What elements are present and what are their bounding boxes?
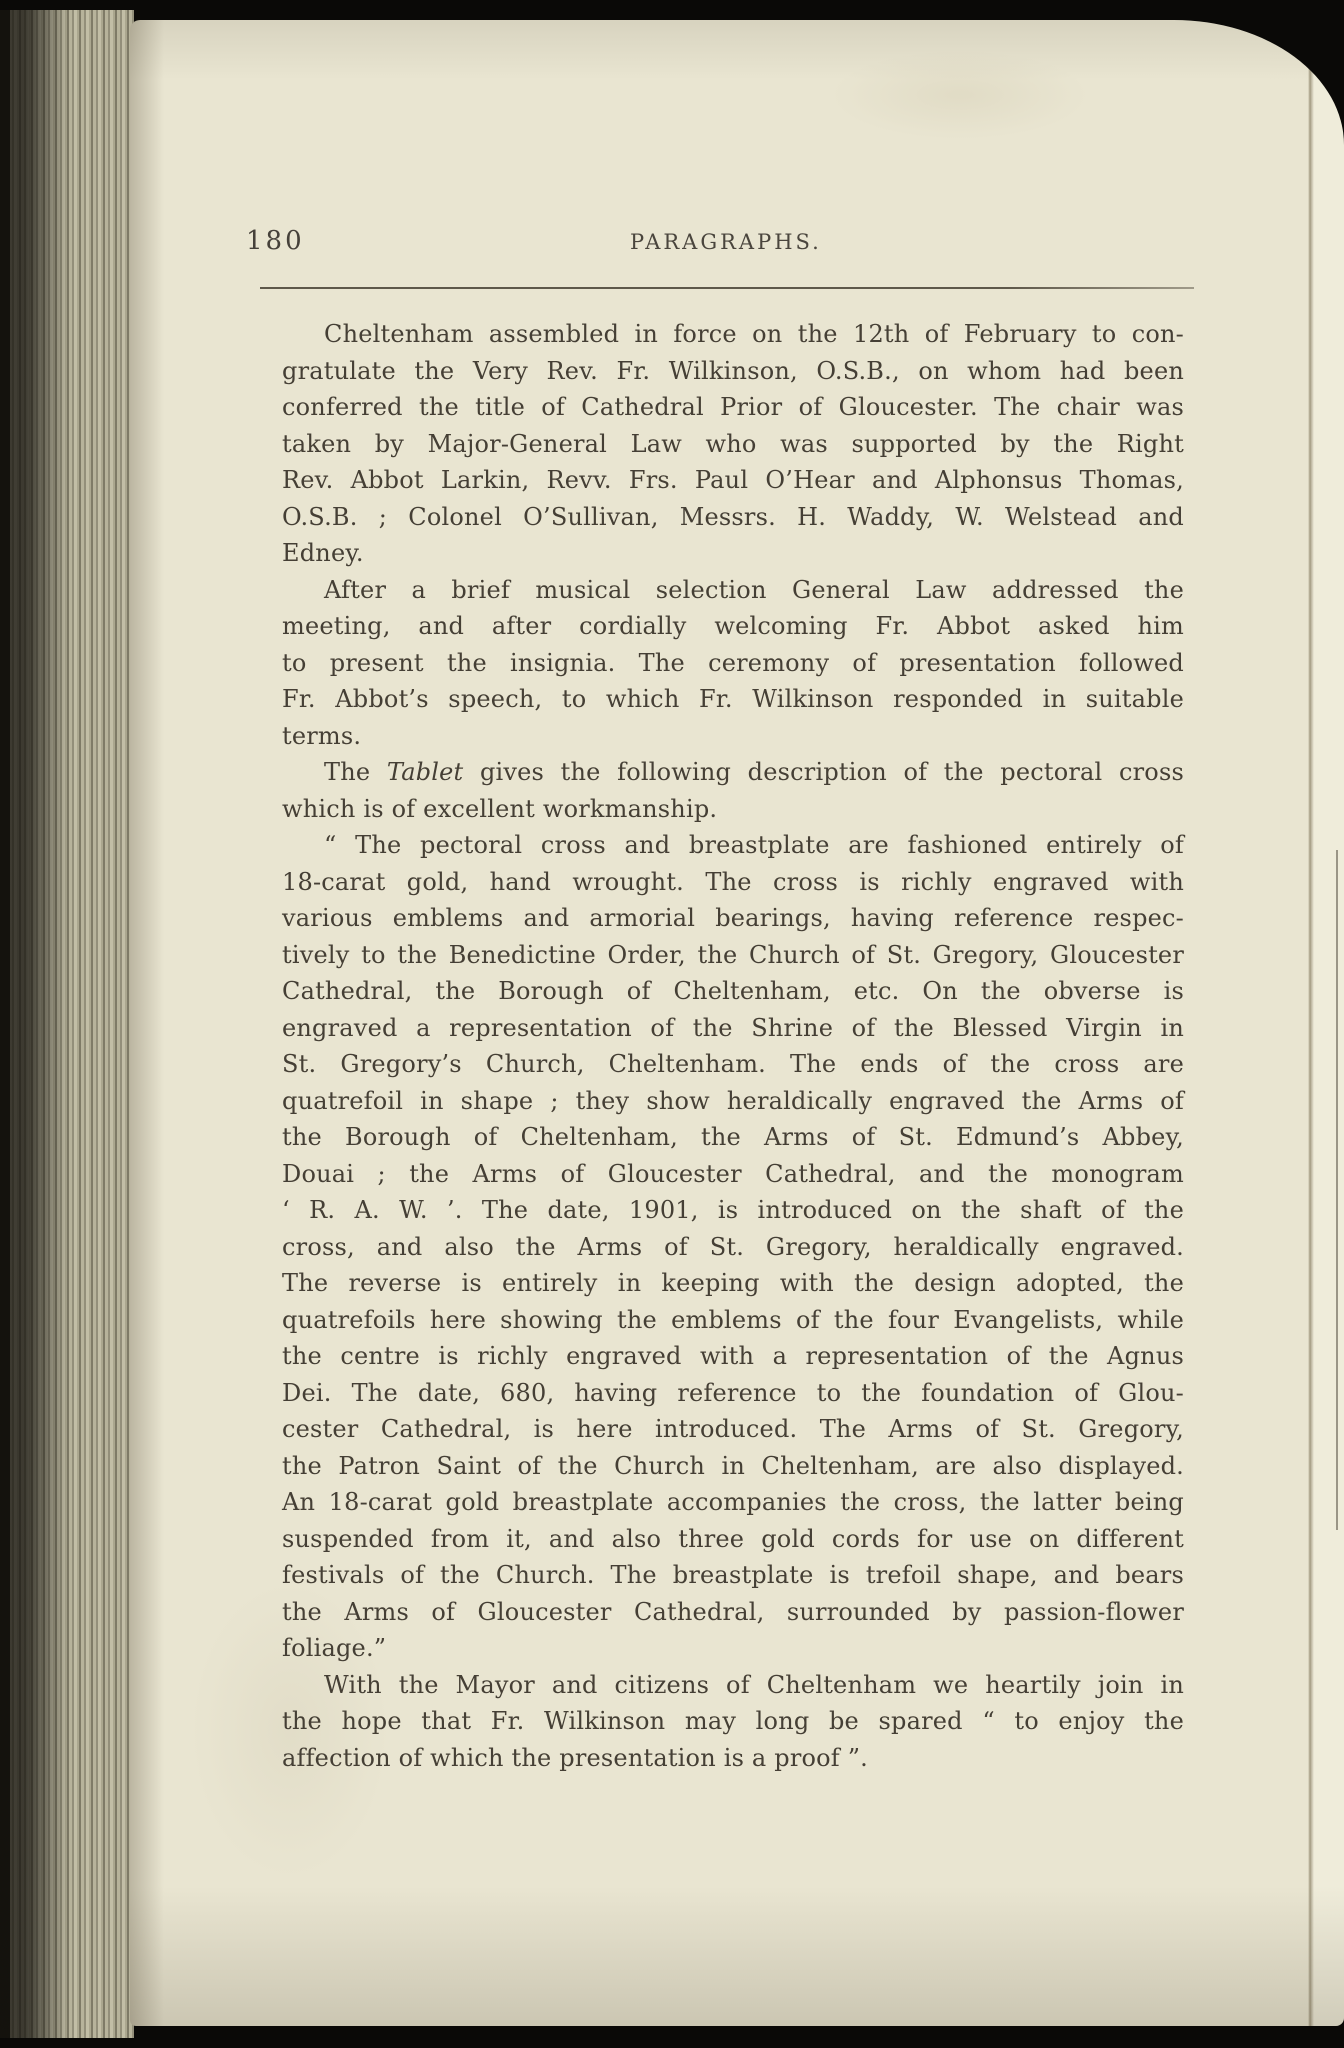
text-segment: Cheltenham assembled in force on the 12t…: [324, 320, 1184, 348]
text-body: Cheltenham assembled in force on the 12t…: [282, 316, 1184, 1776]
text-segment: terms.: [282, 722, 361, 750]
text-line: the centre is richly engraved with a rep…: [282, 1338, 1184, 1375]
page-number: 180: [246, 226, 305, 256]
running-title: PARAGRAPHS.: [630, 230, 822, 254]
text-line: Dei. The date, 680, having reference to …: [282, 1375, 1184, 1412]
text-segment: which is of excellent workmanship.: [282, 795, 717, 823]
text-segment: The: [324, 758, 387, 786]
text-segment: meeting, and after cordially welcoming F…: [282, 612, 1184, 640]
text-segment: quatrefoil in shape ; they show heraldic…: [282, 1087, 1184, 1115]
text-segment: An 18-carat gold breastplate accompanies…: [282, 1488, 1184, 1516]
text-line: the Arms of Gloucester Cathedral, surrou…: [282, 1594, 1184, 1631]
text-segment: the Arms of Gloucester Cathedral, surrou…: [282, 1598, 1184, 1626]
text-line: affection of which the presentation is a…: [282, 1740, 1184, 1777]
text-segment: festivals of the Church. The breastplate…: [282, 1561, 1184, 1589]
book-page: 180 PARAGRAPHS. Cheltenham assembled in …: [130, 20, 1344, 2026]
text-line: engraved a representation of the Shrine …: [282, 1010, 1184, 1047]
text-line: gratulate the Very Rev. Fr. Wilkinson, O…: [282, 353, 1184, 390]
text-line: tively to the Benedictine Order, the Chu…: [282, 937, 1184, 974]
text-segment: taken by Major-General Law who was suppo…: [282, 430, 1184, 458]
paragraph: Cheltenham assembled in force on the 12t…: [282, 316, 1184, 572]
text-line: After a brief musical selection General …: [282, 572, 1184, 609]
text-line: the hope that Fr. Wilkinson may long be …: [282, 1703, 1184, 1740]
text-line: 18-carat gold, hand wrought. The cross i…: [282, 864, 1184, 901]
text-segment: the hope that Fr. Wilkinson may long be …: [282, 1707, 1184, 1735]
text-line: Edney.: [282, 535, 1184, 572]
text-line: taken by Major-General Law who was suppo…: [282, 426, 1184, 463]
next-page-edge-line: [1336, 850, 1338, 1530]
text-line: ‘ R. A. W. ’. The date, 1901, is introdu…: [282, 1192, 1184, 1229]
text-line: An 18-carat gold breastplate accompanies…: [282, 1484, 1184, 1521]
text-segment: 18-carat gold, hand wrought. The cross i…: [282, 868, 1184, 896]
text-segment: The reverse is entirely in keeping with …: [282, 1269, 1184, 1297]
text-line: Douai ; the Arms of Gloucester Cathedral…: [282, 1156, 1184, 1193]
text-line: quatrefoils here showing the emblems of …: [282, 1302, 1184, 1339]
text-line: quatrefoil in shape ; they show heraldic…: [282, 1083, 1184, 1120]
text-segment: gives the following description of the p…: [463, 758, 1184, 786]
text-segment: St. Gregory’s Church, Cheltenham. The en…: [282, 1050, 1184, 1078]
text-line: Cathedral, the Borough of Cheltenham, et…: [282, 973, 1184, 1010]
text-segment: Fr. Abbot’s speech, to which Fr. Wilkins…: [282, 685, 1184, 713]
text-line: various emblems and armorial bearings, h…: [282, 900, 1184, 937]
text-segment: affection of which the presentation is a…: [282, 1744, 868, 1772]
text-segment: the Borough of Cheltenham, the Arms of S…: [282, 1123, 1184, 1151]
text-line: meeting, and after cordially welcoming F…: [282, 608, 1184, 645]
text-line: The reverse is entirely in keeping with …: [282, 1265, 1184, 1302]
text-line: the Patron Saint of the Church in Chelte…: [282, 1448, 1184, 1485]
text-segment: the centre is richly engraved with a rep…: [282, 1342, 1184, 1370]
text-segment: to present the insignia. The ceremony of…: [282, 649, 1184, 677]
text-segment: tively to the Benedictine Order, the Chu…: [282, 941, 1184, 969]
text-line: The Tablet gives the following descripti…: [282, 754, 1184, 791]
italic-text: Tablet: [387, 758, 464, 786]
text-segment: Cathedral, the Borough of Cheltenham, et…: [282, 977, 1184, 1005]
text-line: conferred the title of Cathedral Prior o…: [282, 389, 1184, 426]
text-segment: gratulate the Very Rev. Fr. Wilkinson, O…: [282, 357, 1184, 385]
text-segment: cross, and also the Arms of St. Gregory,…: [282, 1233, 1184, 1261]
header-rule: [260, 287, 1194, 289]
text-line: O.S.B. ; Colonel O’Sullivan, Messrs. H. …: [282, 499, 1184, 536]
text-line: which is of excellent workmanship.: [282, 791, 1184, 828]
paragraph: The Tablet gives the following descripti…: [282, 754, 1184, 827]
page-stack-fore-edge: [0, 10, 134, 2038]
text-segment: Douai ; the Arms of Gloucester Cathedral…: [282, 1160, 1184, 1188]
text-line: cester Cathedral, is here introduced. Th…: [282, 1411, 1184, 1448]
text-line: Cheltenham assembled in force on the 12t…: [282, 316, 1184, 353]
scanned-book-photo: 180 PARAGRAPHS. Cheltenham assembled in …: [0, 0, 1344, 2048]
text-line: “ The pectoral cross and breastplate are…: [282, 827, 1184, 864]
text-segment: quatrefoils here showing the emblems of …: [282, 1306, 1184, 1334]
text-segment: After a brief musical selection General …: [324, 576, 1184, 604]
paper-stain: [830, 50, 1090, 140]
text-segment: ‘ R. A. W. ’. The date, 1901, is introdu…: [282, 1196, 1184, 1224]
text-segment: various emblems and armorial bearings, h…: [282, 904, 1184, 932]
paragraph: “ The pectoral cross and breastplate are…: [282, 827, 1184, 1667]
text-segment: “ The pectoral cross and breastplate are…: [324, 831, 1184, 859]
text-segment: Rev. Abbot Larkin, Revv. Frs. Paul O’Hea…: [282, 466, 1184, 494]
text-segment: conferred the title of Cathedral Prior o…: [282, 393, 1184, 421]
text-line: cross, and also the Arms of St. Gregory,…: [282, 1229, 1184, 1266]
text-segment: With the Mayor and citizens of Cheltenha…: [324, 1671, 1184, 1699]
text-line: the Borough of Cheltenham, the Arms of S…: [282, 1119, 1184, 1156]
text-line: With the Mayor and citizens of Cheltenha…: [282, 1667, 1184, 1704]
text-segment: the Patron Saint of the Church in Chelte…: [282, 1452, 1184, 1480]
text-segment: suspended from it, and also three gold c…: [282, 1525, 1184, 1553]
text-segment: Edney.: [282, 539, 364, 567]
text-segment: Dei. The date, 680, having reference to …: [282, 1379, 1184, 1407]
text-segment: O.S.B. ; Colonel O’Sullivan, Messrs. H. …: [282, 503, 1184, 531]
text-line: foliage.”: [282, 1630, 1184, 1667]
text-line: terms.: [282, 718, 1184, 755]
text-line: festivals of the Church. The breastplate…: [282, 1557, 1184, 1594]
text-segment: cester Cathedral, is here introduced. Th…: [282, 1415, 1184, 1443]
text-segment: engraved a representation of the Shrine …: [282, 1014, 1184, 1042]
text-line: Fr. Abbot’s speech, to which Fr. Wilkins…: [282, 681, 1184, 718]
text-segment: foliage.”: [282, 1634, 386, 1662]
text-line: Rev. Abbot Larkin, Revv. Frs. Paul O’Hea…: [282, 462, 1184, 499]
paragraph: With the Mayor and citizens of Cheltenha…: [282, 1667, 1184, 1777]
text-line: suspended from it, and also three gold c…: [282, 1521, 1184, 1558]
text-line: to present the insignia. The ceremony of…: [282, 645, 1184, 682]
text-line: St. Gregory’s Church, Cheltenham. The en…: [282, 1046, 1184, 1083]
paragraph: After a brief musical selection General …: [282, 572, 1184, 755]
